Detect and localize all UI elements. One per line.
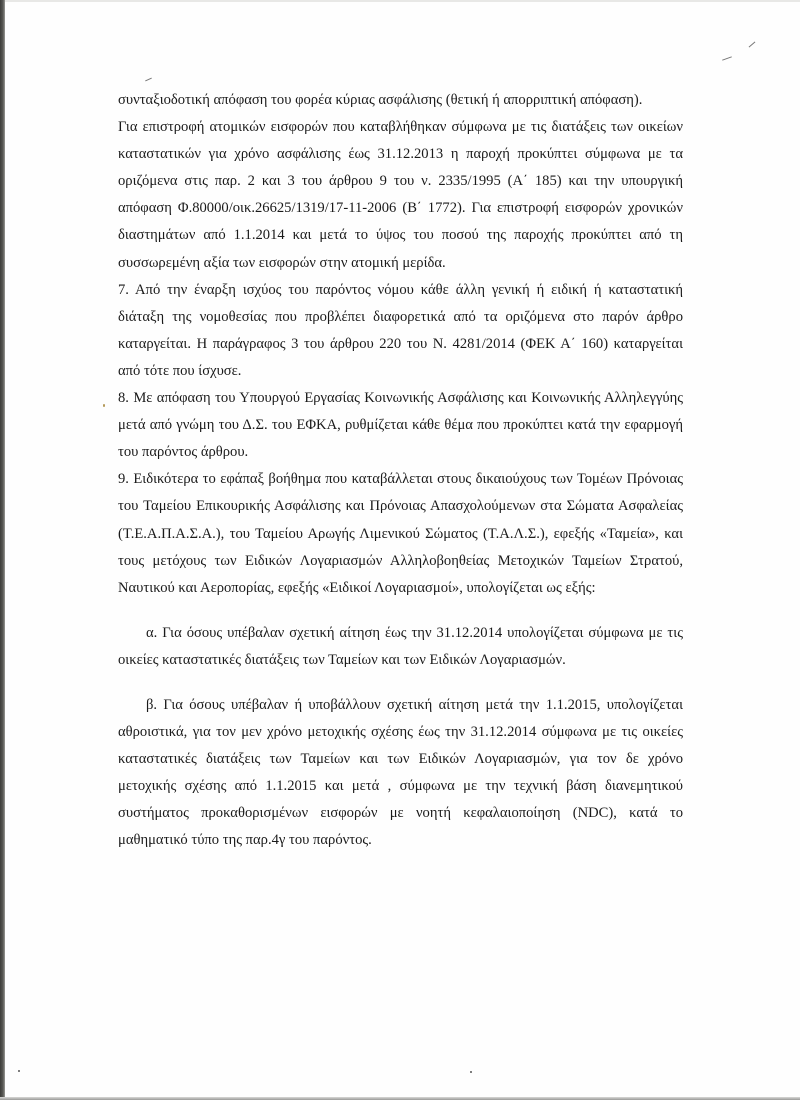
scan-speck [18, 1070, 20, 1072]
paragraph-9b: β. Για όσους υπέβαλαν ή υποβάλλουν σχετι… [118, 692, 683, 855]
paragraph-7: 7. Από την έναρξη ισχύος του παρόντος νό… [118, 277, 683, 385]
paragraph-refund: Για επιστροφή ατομικών εισφορών που κατα… [118, 114, 683, 277]
scan-mark [722, 56, 732, 60]
document-page: συνταξιοδοτική απόφαση του φορέα κύριας … [118, 87, 683, 855]
scan-speck [103, 404, 105, 407]
paragraph-8: 8. Με απόφαση του Υπουργού Εργασίας Κοιν… [118, 385, 683, 466]
paragraph-continuation: συνταξιοδοτική απόφαση του φορέα κύριας … [118, 87, 683, 114]
paragraph-9: 9. Ειδικότερα το εφάπαξ βοήθημα που κατα… [118, 466, 683, 601]
scan-border-top [0, 0, 800, 2]
paragraph-9a: α. Για όσους υπέβαλαν σχετική αίτηση έως… [118, 620, 683, 674]
scan-border-left [0, 0, 5, 1100]
scan-speck [470, 1071, 472, 1073]
scan-mark [749, 42, 756, 48]
scan-mark [145, 78, 152, 82]
